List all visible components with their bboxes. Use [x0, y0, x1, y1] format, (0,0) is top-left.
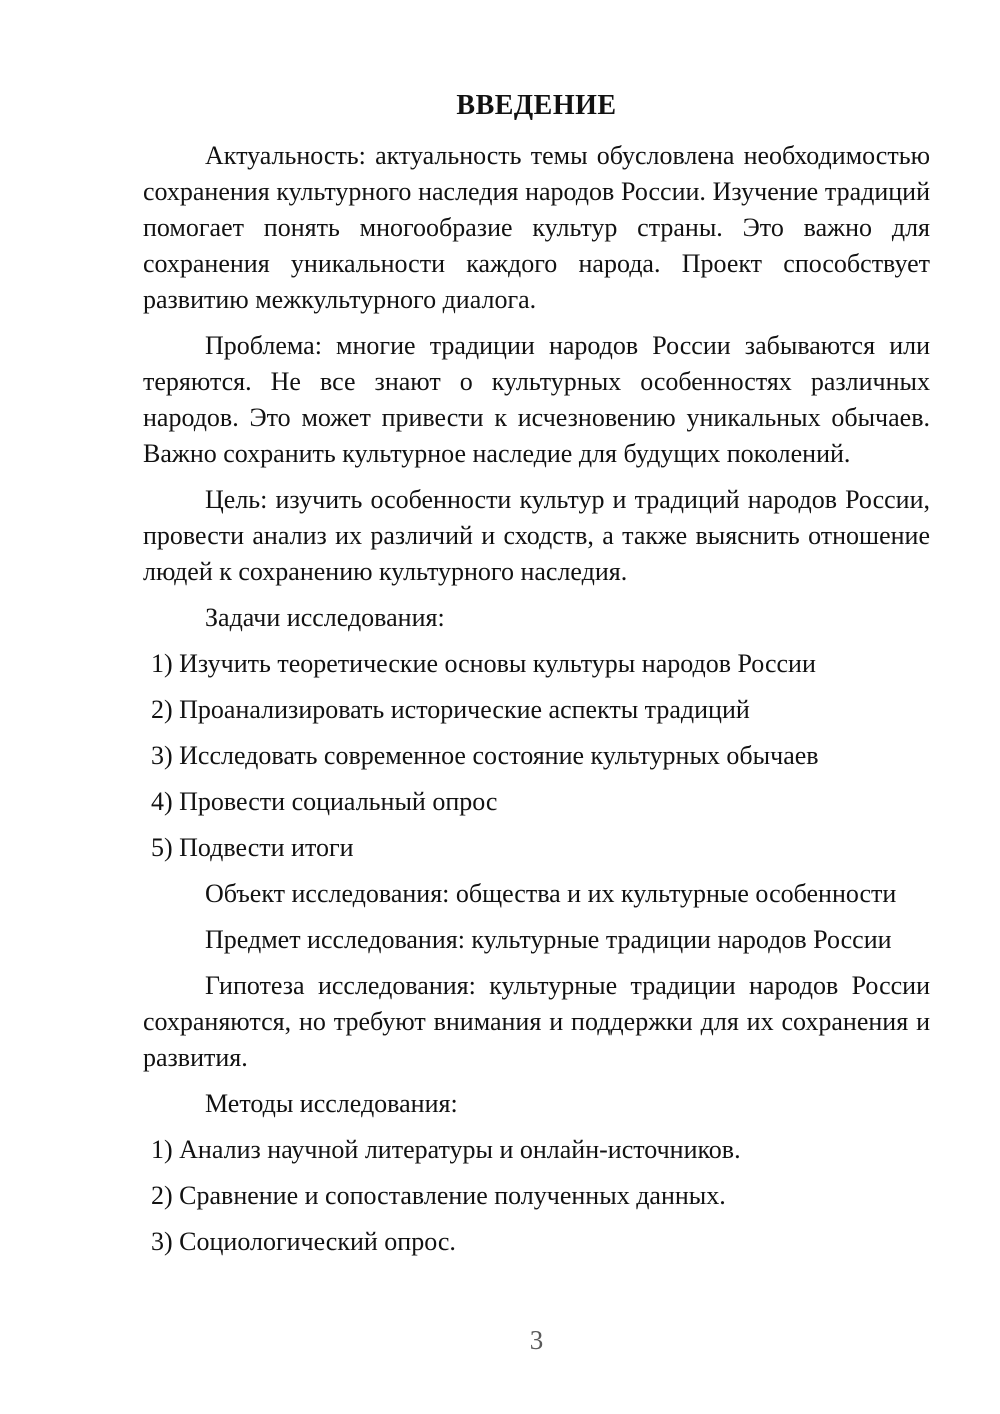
- task-item-5: 5) Подвести итоги: [143, 830, 930, 866]
- page-number: 3: [143, 1322, 930, 1358]
- paragraph-hypothesis: Гипотеза исследования: культурные традиц…: [143, 968, 930, 1076]
- tasks-heading: Задачи исследования:: [143, 600, 930, 636]
- method-item-3: 3) Социологический опрос.: [143, 1224, 930, 1260]
- task-item-3: 3) Исследовать современное состояние кул…: [143, 738, 930, 774]
- paragraph-relevance: Актуальность: актуальность темы обусловл…: [143, 138, 930, 318]
- paragraph-goal: Цель: изучить особенности культур и трад…: [143, 482, 930, 590]
- document-page: ВВЕДЕНИЕ Актуальность: актуальность темы…: [0, 0, 1000, 1414]
- task-item-2: 2) Проанализировать исторические аспекты…: [143, 692, 930, 728]
- task-item-1: 1) Изучить теоретические основы культуры…: [143, 646, 930, 682]
- paragraph-problem: Проблема: многие традиции народов России…: [143, 328, 930, 472]
- paragraph-subject: Предмет исследования: культурные традици…: [143, 922, 930, 958]
- methods-heading: Методы исследования:: [143, 1086, 930, 1122]
- page-title: ВВЕДЕНИЕ: [143, 88, 930, 124]
- task-item-4: 4) Провести социальный опрос: [143, 784, 930, 820]
- method-item-2: 2) Сравнение и сопоставление полученных …: [143, 1178, 930, 1214]
- paragraph-object: Объект исследования: общества и их культ…: [143, 876, 930, 912]
- method-item-1: 1) Анализ научной литературы и онлайн-ис…: [143, 1132, 930, 1168]
